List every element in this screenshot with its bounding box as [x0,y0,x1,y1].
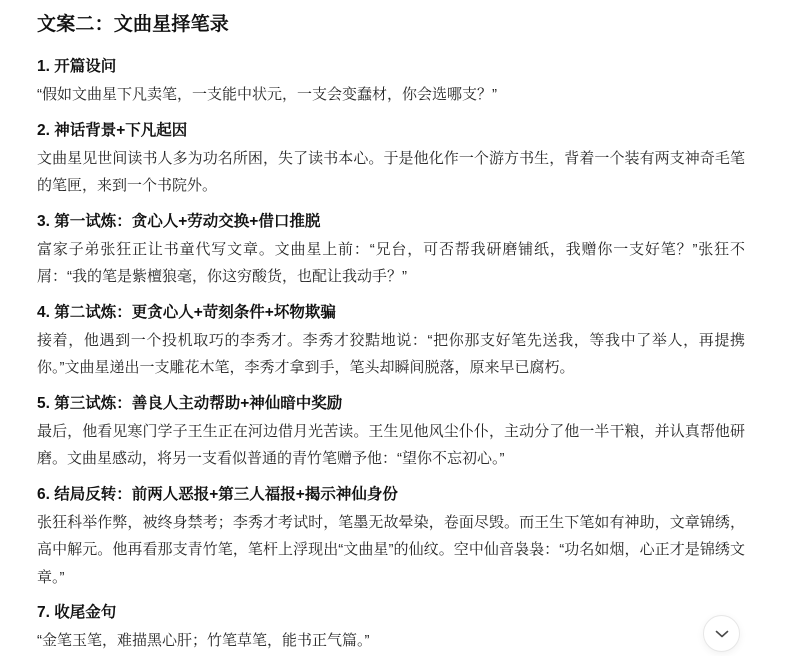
chevron-down-icon [715,630,729,638]
section: 6. 结局反转：前两人恶报+第三人福报+揭示神仙身份 张狂科举作弊，被终身禁考；… [37,484,745,592]
section-body: 最后，他看见寒门学子王生正在河边借月光苦读。王生见他风尘仆仆，主动分了他一半干粮… [37,418,745,473]
section-body: 接着，他遇到一个投机取巧的李秀才。李秀才狡黠地说：“把你那支好笔先送我，等我中了… [37,327,745,382]
section: 1. 开篇设问 “假如文曲星下凡卖笔，一支能中状元，一支会变蠢材，你会选哪支？” [37,56,745,109]
section-heading: 1. 开篇设问 [37,56,745,77]
section-body: 文曲星见世间读书人多为功名所困，失了读书本心。于是他化作一个游方书生，背着一个装… [37,145,745,200]
section-heading: 2. 神话背景+下凡起因 [37,120,745,141]
section-body: 张狂科举作弊，被终身禁考；李秀才考试时，笔墨无故晕染，卷面尽毁。而王生下笔如有神… [37,509,745,592]
section: 3. 第一试炼：贪心人+劳动交换+借口推脱 富家子弟张狂正让书童代写文章。文曲星… [37,211,745,291]
section-heading: 6. 结局反转：前两人恶报+第三人福报+揭示神仙身份 [37,484,745,505]
section-body: “金笔玉笔，难描黑心肝；竹笔草笔，能书正气篇。” [37,627,745,655]
section: 5. 第三试炼：善良人主动帮助+神仙暗中奖励 最后，他看见寒门学子王生正在河边借… [37,393,745,473]
document-content: 文案二：文曲星择笔录 1. 开篇设问 “假如文曲星下凡卖笔，一支能中状元，一支会… [37,13,745,655]
scroll-to-bottom-button[interactable] [703,615,740,652]
section-heading: 7. 收尾金句 [37,602,745,623]
section-heading: 5. 第三试炼：善良人主动帮助+神仙暗中奖励 [37,393,745,414]
section-body: “假如文曲星下凡卖笔，一支能中状元，一支会变蠢材，你会选哪支？” [37,81,745,109]
section: 4. 第二试炼：更贪心人+苛刻条件+坏物欺骗 接着，他遇到一个投机取巧的李秀才。… [37,302,745,382]
section: 7. 收尾金句 “金笔玉笔，难描黑心肝；竹笔草笔，能书正气篇。” [37,602,745,655]
section-body: 富家子弟张狂正让书童代写文章。文曲星上前：“兄台，可否帮我研磨铺纸，我赠你一支好… [37,236,745,291]
page-title: 文案二：文曲星择笔录 [37,13,745,37]
section: 2. 神话背景+下凡起因 文曲星见世间读书人多为功名所困，失了读书本心。于是他化… [37,120,745,200]
section-heading: 4. 第二试炼：更贪心人+苛刻条件+坏物欺骗 [37,302,745,323]
section-heading: 3. 第一试炼：贪心人+劳动交换+借口推脱 [37,211,745,232]
